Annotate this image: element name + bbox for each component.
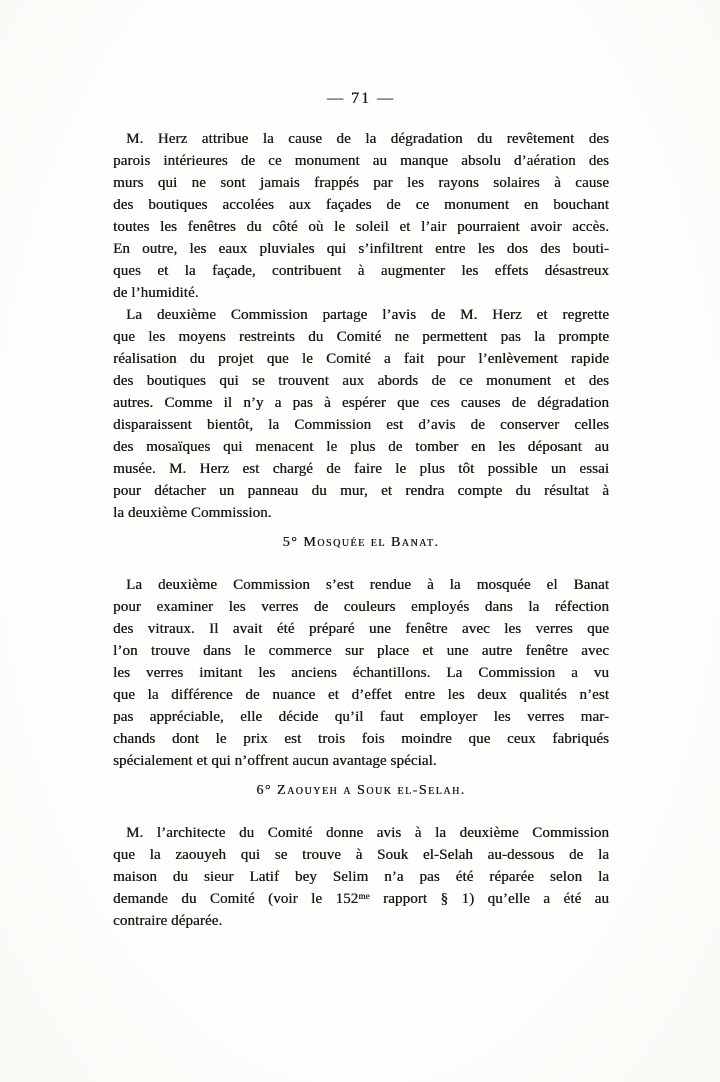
text-line: murs qui ne sont jamais frappés par les … bbox=[113, 172, 609, 194]
text-line: la deuxième Commission. bbox=[113, 502, 609, 524]
text-line: spécialement et qui n’offrent aucun avan… bbox=[113, 750, 609, 772]
text-line: pour détacher un panneau du mur, et rend… bbox=[113, 480, 609, 502]
section-heading-mosquee-el-banat: 5° Mosquée el Banat. bbox=[113, 534, 609, 552]
text-line: que les moyens restreints du Comité ne p… bbox=[113, 326, 609, 348]
paragraph-zaouyeh-reparation: M. l’architecte du Comité donne avis à l… bbox=[113, 822, 609, 932]
text-line: des boutiques qui se trouvent aux abords… bbox=[113, 370, 609, 392]
paragraph-verres-couleurs: La deuxième Commission s’est rendue à la… bbox=[113, 574, 609, 772]
text-line: l’on trouve dans le commerce sur place e… bbox=[113, 640, 609, 662]
text-line: demande du Comité (voir le 152ᵐᵉ rapport… bbox=[113, 888, 609, 910]
text-line: que la zaouyeh qui se trouve à Souk el-S… bbox=[113, 844, 609, 866]
text-line: pas appréciable, elle décide qu’il faut … bbox=[113, 706, 609, 728]
text-line: La deuxième Commission s’est rendue à la… bbox=[113, 574, 609, 596]
text-line: des mosaïques qui menacent le plus de to… bbox=[113, 436, 609, 458]
text-line: réalisation du projet que le Comité a fa… bbox=[113, 348, 609, 370]
text-line: ques et la façade, contribuent à augment… bbox=[113, 260, 609, 282]
text-line: En outre, les eaux pluviales qui s’infil… bbox=[113, 238, 609, 260]
text-line: des vitraux. Il avait été préparé une fe… bbox=[113, 618, 609, 640]
paragraph-commission-avis: La deuxième Commission partage l’avis de… bbox=[113, 304, 609, 524]
text-line: autres. Comme il n’y a pas à espérer que… bbox=[113, 392, 609, 414]
text-line: des boutiques accolées aux façades de ce… bbox=[113, 194, 609, 216]
text-line: pour examiner les verres de couleurs emp… bbox=[113, 596, 609, 618]
text-line: maison du sieur Latif bey Selim n’a pas … bbox=[113, 866, 609, 888]
text-line: toutes les fenêtres du côté où le soleil… bbox=[113, 216, 609, 238]
paragraph-herz-degradation: M. Herz attribue la cause de la dégradat… bbox=[113, 128, 609, 304]
text-line: musée. M. Herz est chargé de faire le pl… bbox=[113, 458, 609, 480]
page-number: — 71 — bbox=[113, 90, 609, 108]
text-line: disparaissent bientôt, la Commission est… bbox=[113, 414, 609, 436]
text-line: La deuxième Commission partage l’avis de… bbox=[113, 304, 609, 326]
text-line: les verres imitant les anciens échantill… bbox=[113, 662, 609, 684]
text-line: de l’humidité. bbox=[113, 282, 609, 304]
text-line: parois intérieures de ce monument au man… bbox=[113, 150, 609, 172]
section-heading-zaouyeh-souk-el-selah: 6° Zaouyeh a Souk el-Selah. bbox=[113, 782, 609, 800]
text-line: M. Herz attribue la cause de la dégradat… bbox=[113, 128, 609, 150]
text-line: chands dont le prix est trois fois moind… bbox=[113, 728, 609, 750]
document-page: — 71 — M. Herz attribue la cause de la d… bbox=[0, 0, 720, 1082]
text-line: contraire déparée. bbox=[113, 910, 609, 932]
page-body: M. Herz attribue la cause de la dégradat… bbox=[113, 128, 609, 932]
text-line: que la différence de nuance et d’effet e… bbox=[113, 684, 609, 706]
text-line: M. l’architecte du Comité donne avis à l… bbox=[113, 822, 609, 844]
